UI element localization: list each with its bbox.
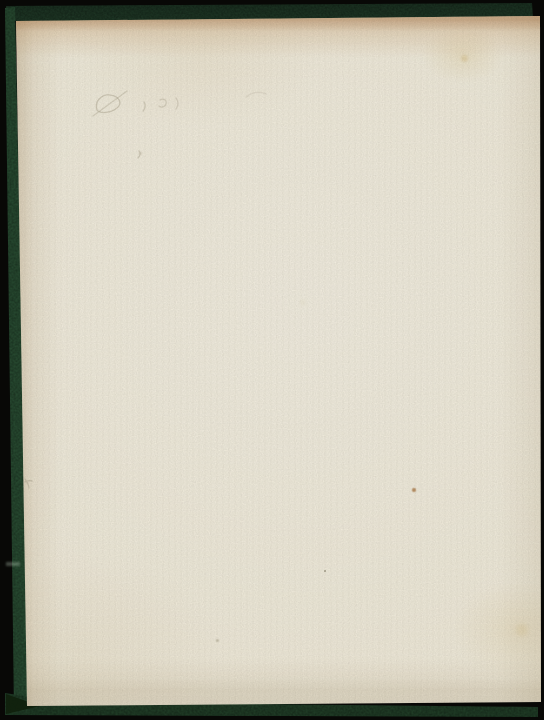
cloth-scratch-mark	[6, 562, 20, 566]
photo-frame	[0, 0, 544, 720]
book-page	[0, 0, 544, 720]
paper-fibre-texture	[0, 0, 544, 720]
